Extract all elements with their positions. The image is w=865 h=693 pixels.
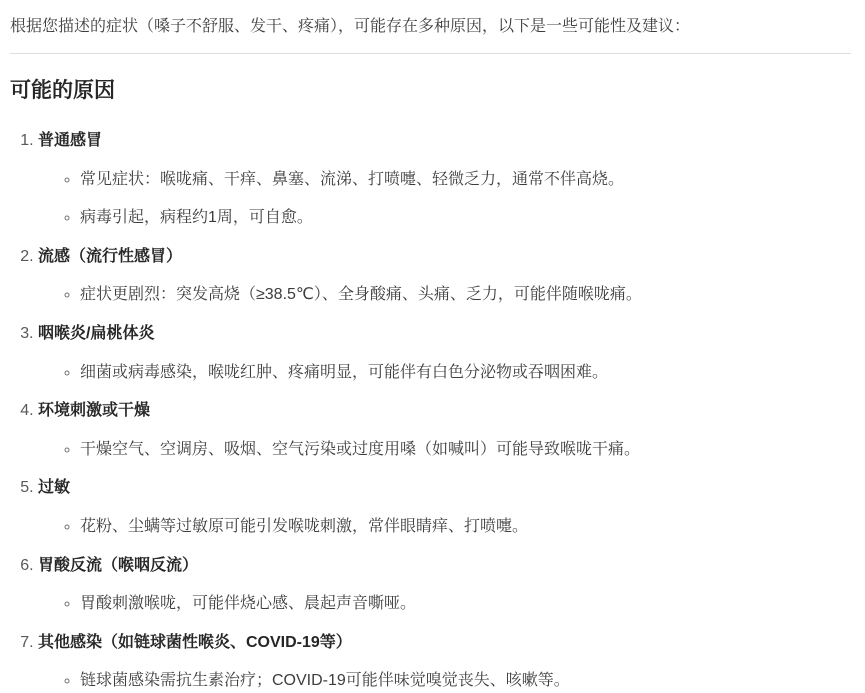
cause-points: 胃酸刺激喉咙，可能伴烧心感、晨起声音嘶哑。 bbox=[38, 591, 851, 617]
cause-item-environment-dryness: 环境刺激或干燥 干燥空气、空调房、吸烟、空气污染或过度用嗓（如喊叫）可能导致喉咙… bbox=[38, 398, 851, 463]
cause-point: 链球菌感染需抗生素治疗；COVID-19可能伴味觉嗅觉丧失、咳嗽等。 bbox=[80, 668, 851, 693]
cause-point: 症状更剧烈：突发高烧（≥38.5℃）、全身酸痛、头痛、乏力，可能伴随喉咙痛。 bbox=[80, 282, 851, 308]
cause-point: 常见症状：喉咙痛、干痒、鼻塞、流涕、打喷嚏、轻微乏力，通常不伴高烧。 bbox=[80, 167, 851, 193]
cause-points: 链球菌感染需抗生素治疗；COVID-19可能伴味觉嗅觉丧失、咳嗽等。 bbox=[38, 668, 851, 693]
cause-point: 细菌或病毒感染，喉咙红肿、疼痛明显，可能伴有白色分泌物或吞咽困难。 bbox=[80, 360, 851, 386]
cause-item-flu: 流感（流行性感冒） 症状更剧烈：突发高烧（≥38.5℃）、全身酸痛、头痛、乏力，… bbox=[38, 244, 851, 309]
cause-title: 其他感染（如链球菌性喉炎、COVID-19等） bbox=[38, 634, 352, 651]
cause-point: 胃酸刺激喉咙，可能伴烧心感、晨起声音嘶哑。 bbox=[80, 591, 851, 617]
cause-title: 胃酸反流（喉咽反流） bbox=[38, 557, 198, 574]
cause-points: 细菌或病毒感染，喉咙红肿、疼痛明显，可能伴有白色分泌物或吞咽困难。 bbox=[38, 360, 851, 386]
cause-points: 症状更剧烈：突发高烧（≥38.5℃）、全身酸痛、头痛、乏力，可能伴随喉咙痛。 bbox=[38, 282, 851, 308]
cause-point: 花粉、尘螨等过敏原可能引发喉咙刺激，常伴眼睛痒、打喷嚏。 bbox=[80, 514, 851, 540]
assistant-message-body: 根据您描述的症状（嗓子不舒服、发干、疼痛），可能存在多种原因，以下是一些可能性及… bbox=[0, 0, 865, 693]
cause-point: 病毒引起，病程约1周，可自愈。 bbox=[80, 205, 851, 231]
intro-paragraph: 根据您描述的症状（嗓子不舒服、发干、疼痛），可能存在多种原因，以下是一些可能性及… bbox=[10, 14, 851, 40]
cause-item-acid-reflux: 胃酸反流（喉咽反流） 胃酸刺激喉咙，可能伴烧心感、晨起声音嘶哑。 bbox=[38, 553, 851, 618]
cause-title: 普通感冒 bbox=[38, 132, 102, 149]
cause-points: 常见症状：喉咙痛、干痒、鼻塞、流涕、打喷嚏、轻微乏力，通常不伴高烧。 病毒引起，… bbox=[38, 167, 851, 232]
cause-points: 干燥空气、空调房、吸烟、空气污染或过度用嗓（如喊叫）可能导致喉咙干痛。 bbox=[38, 437, 851, 463]
cause-title: 过敏 bbox=[38, 479, 70, 496]
section-divider bbox=[10, 53, 851, 54]
cause-item-allergy: 过敏 花粉、尘螨等过敏原可能引发喉咙刺激，常伴眼睛痒、打喷嚏。 bbox=[38, 475, 851, 540]
section-heading: 可能的原因 bbox=[10, 77, 851, 105]
cause-title: 流感（流行性感冒） bbox=[38, 248, 182, 265]
cause-points: 花粉、尘螨等过敏原可能引发喉咙刺激，常伴眼睛痒、打喷嚏。 bbox=[38, 514, 851, 540]
cause-point: 干燥空气、空调房、吸烟、空气污染或过度用嗓（如喊叫）可能导致喉咙干痛。 bbox=[80, 437, 851, 463]
cause-title: 环境刺激或干燥 bbox=[38, 402, 150, 419]
cause-title: 咽喉炎/扁桃体炎 bbox=[38, 325, 154, 342]
cause-item-common-cold: 普通感冒 常见症状：喉咙痛、干痒、鼻塞、流涕、打喷嚏、轻微乏力，通常不伴高烧。 … bbox=[38, 128, 851, 231]
cause-item-pharyngitis-tonsillitis: 咽喉炎/扁桃体炎 细菌或病毒感染，喉咙红肿、疼痛明显，可能伴有白色分泌物或吞咽困… bbox=[38, 321, 851, 386]
cause-item-other-infections: 其他感染（如链球菌性喉炎、COVID-19等） 链球菌感染需抗生素治疗；COVI… bbox=[38, 630, 851, 693]
causes-list: 普通感冒 常见症状：喉咙痛、干痒、鼻塞、流涕、打喷嚏、轻微乏力，通常不伴高烧。 … bbox=[10, 128, 851, 693]
